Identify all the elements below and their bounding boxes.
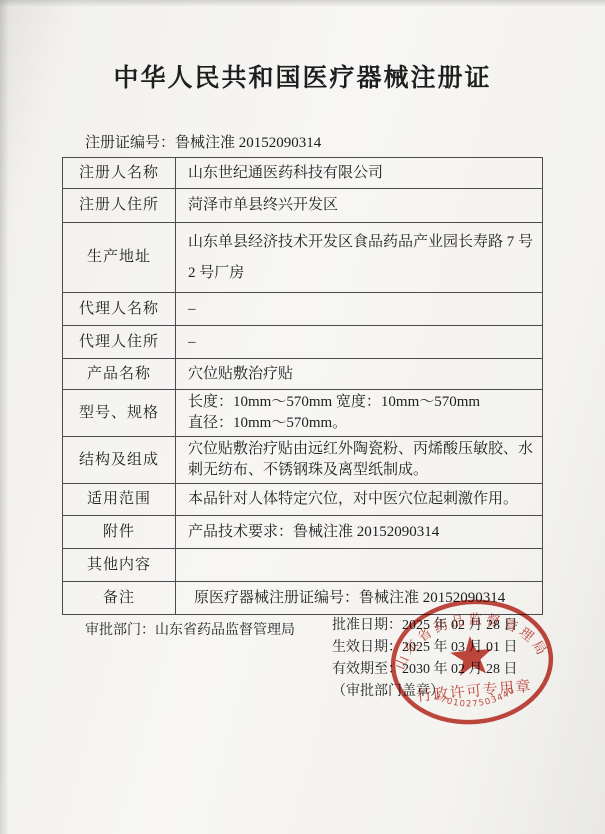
table-row-registrant-address: 注册人住所 菏泽市单县终兴开发区 (63, 189, 543, 223)
certificate-page: 中华人民共和国医疗器械注册证 注册证编号：鲁械注准 20152090314 注册… (0, 0, 605, 834)
row-label: 生产地址 (63, 223, 176, 293)
row-value: – (176, 326, 543, 359)
official-seal-stamp-icon: 山东省药品监督管理局 行政许可专用章 3701027503440 (386, 596, 558, 730)
table-row-agent-address: 代理人住所 – (63, 326, 543, 359)
certificate-number-label: 注册证编号： (85, 135, 175, 151)
row-label: 其他内容 (63, 549, 176, 582)
table-row-production-address: 生产地址 山东单县经济技术开发区食品药品产业园长寿路 7 号 2 号厂房 (63, 223, 543, 293)
row-label: 代理人住所 (63, 326, 176, 359)
row-label: 附件 (63, 516, 176, 549)
row-value (176, 549, 543, 582)
row-label: 注册人住所 (63, 189, 176, 223)
table-row-registrant-name: 注册人名称 山东世纪通医药科技有限公司 (63, 158, 543, 189)
table-row-model-spec: 型号、规格 长度：10mm～570mm 宽度：10mm～570mm 直径：10m… (63, 390, 543, 437)
row-value: 穴位贴敷治疗贴由远红外陶瓷粉、丙烯酸压敏胶、水刺无纺布、不锈钢珠及离型纸制成。 (176, 437, 543, 484)
approval-department: 审批部门：山东省药品监督管理局 (85, 619, 295, 639)
row-label: 适用范围 (63, 484, 176, 516)
certificate-number-value: 鲁械注准 20152090314 (175, 135, 321, 151)
row-label: 备注 (63, 582, 176, 615)
row-label: 型号、规格 (63, 390, 176, 437)
page-title: 中华人民共和国医疗器械注册证 (0, 58, 605, 94)
stamp-star-icon (449, 634, 494, 676)
table-row-agent-name: 代理人名称 – (63, 293, 543, 326)
row-label: 代理人名称 (63, 293, 176, 326)
table-row-other-content: 其他内容 (63, 549, 543, 582)
row-value: 山东世纪通医药科技有限公司 (176, 158, 543, 189)
row-label: 注册人名称 (63, 158, 176, 189)
row-label: 产品名称 (63, 359, 176, 390)
table-row-product-name: 产品名称 穴位贴敷治疗贴 (63, 359, 543, 390)
row-value: 产品技术要求：鲁械注准 20152090314 (176, 516, 543, 549)
table-row-scope-of-application: 适用范围 本品针对人体特定穴位，对中医穴位起刺激作用。 (63, 484, 543, 516)
row-value: 本品针对人体特定穴位，对中医穴位起刺激作用。 (176, 484, 543, 516)
row-value: 穴位贴敷治疗贴 (176, 359, 543, 390)
certificate-number: 注册证编号：鲁械注准 20152090314 (85, 131, 321, 152)
row-value: 山东单县经济技术开发区食品药品产业园长寿路 7 号 2 号厂房 (176, 223, 543, 293)
table-row-attachments: 附件 产品技术要求：鲁械注准 20152090314 (63, 516, 543, 549)
row-label: 结构及组成 (63, 437, 176, 484)
row-value: 菏泽市单县终兴开发区 (176, 189, 543, 223)
certificate-table: 注册人名称 山东世纪通医药科技有限公司 注册人住所 菏泽市单县终兴开发区 生产地… (62, 157, 543, 615)
row-value: – (176, 293, 543, 326)
row-value: 长度：10mm～570mm 宽度：10mm～570mm 直径：10mm～570m… (176, 390, 543, 437)
table-row-structure-composition: 结构及组成 穴位贴敷治疗贴由远红外陶瓷粉、丙烯酸压敏胶、水刺无纺布、不锈钢珠及离… (63, 437, 543, 484)
